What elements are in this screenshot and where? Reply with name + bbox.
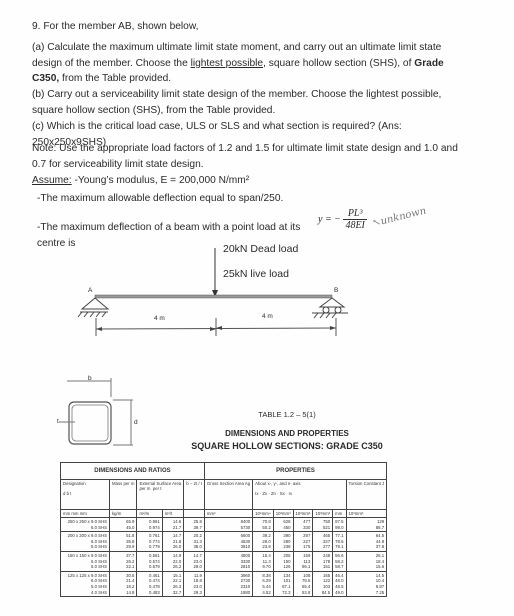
formula-fraction: PL³ 48EI xyxy=(343,208,366,231)
question-number: 9. For the member AB, shown below, xyxy=(32,19,472,35)
cell-designation: 250 x 250 x 9.0 SHS 6.0 SHS xyxy=(61,518,110,532)
assume-1: Assume: -Young’s modulus, E = 200,000 N/… xyxy=(32,173,472,189)
cell-ratio: 20.2 31.3 38.0 xyxy=(184,532,205,552)
hdr-ratio: b − 2t / t xyxy=(184,480,205,510)
formula-lhs: y = − xyxy=(318,214,341,225)
roller-support-icon xyxy=(320,298,344,307)
cell-zn: 159 113 96.1 xyxy=(293,551,313,571)
table-row: 125 x 125 x 9.0 SHS 6.0 SHS 5.0 SHS 4.0 … xyxy=(61,571,387,596)
table-caption: TABLE 1.2 – 5(1) xyxy=(30,410,514,419)
dead-load-label: 20kN Dead load xyxy=(223,243,298,255)
cell-per_m: 0.761 0.774 0.779 xyxy=(137,532,162,552)
cell-rx: 46.4 48.0 48.5 49.0 xyxy=(333,571,346,596)
cell-per_t: 14.7 21.8 26.0 xyxy=(162,532,184,552)
youngs-modulus: -Young’s modulus, E = 200,000 N/mm² xyxy=(72,175,250,186)
units-row: mm mm mmkg/mm²/mm²/tmm²10⁶mm⁴10³mm³10³mm… xyxy=(61,510,387,518)
cell-zn: 477 330 xyxy=(293,518,313,532)
cell-per_t: 14.9 22.0 26.2 xyxy=(162,551,184,571)
cell-mass: 30.6 21.4 18.2 14.8 xyxy=(110,571,137,596)
pin-support-icon xyxy=(82,298,108,309)
beam-diagram xyxy=(0,240,514,340)
cell-sx: 248 178 151 xyxy=(313,551,333,571)
cell-zn: 108 78.5 65.4 53.8 xyxy=(293,571,313,596)
cell-ix: 39.2 28.0 23.8 xyxy=(253,532,274,552)
assume-2: -The maximum allowable deflection equal … xyxy=(37,191,477,207)
support-a-label: A xyxy=(88,287,92,294)
cell-per_t: 14.6 21.7 xyxy=(162,518,184,532)
cell-j: 14.5 10.4 8.87 7.25 xyxy=(346,571,387,596)
cell-ix: 70.8 50.2 xyxy=(253,518,274,532)
cell-designation: 150 x 150 x 9.0 SHS 6.0 SHS 5.0 SHS xyxy=(61,551,110,571)
cell-zx: 628 450 xyxy=(273,518,293,532)
cell-ratio: 11.9 18.8 23.0 29.3 xyxy=(184,571,205,596)
cell-per_m: 0.461 0.474 0.478 0.483 xyxy=(137,571,162,596)
cell-mass: 51.8 35.8 29.9 xyxy=(110,532,137,552)
cell-area: 8400 5730 xyxy=(204,518,252,532)
handwritten-unknown-note: ↖unknown xyxy=(371,206,427,230)
group-properties: PROPERTIES xyxy=(204,463,386,480)
hdr-torsion: Torsion Constant J xyxy=(346,480,387,510)
table-row: 250 x 250 x 9.0 SHS 6.0 SHS65.9 45.00.96… xyxy=(61,518,387,532)
cell-ix: 15.4 11.3 9.70 xyxy=(253,551,274,571)
hdr-designation: Designationd b t xyxy=(61,480,110,510)
deflection-formula: y = − PL³ 48EI xyxy=(318,208,367,231)
part-a-mid: , square hollow section (SHS), of xyxy=(263,58,414,69)
cell-ratio: 14.7 23.0 28.0 xyxy=(184,551,205,571)
cell-designation: 200 x 200 x 9.0 SHS 6.0 SHS 5.0 SHS xyxy=(61,532,110,552)
table-row: 200 x 200 x 9.0 SHS 6.0 SHS 5.0 SHS51.8 … xyxy=(61,532,387,552)
dim-t-label: t xyxy=(57,418,59,425)
cell-area: 3960 2730 2310 1880 xyxy=(204,571,252,596)
formula-numerator: PL³ xyxy=(343,208,366,220)
shs-properties-table: DIMENSIONS AND RATIOS PROPERTIES Designa… xyxy=(60,462,387,597)
cell-j: 26.1 18.4 15.6 xyxy=(346,551,387,571)
live-load-label: 25kN live load xyxy=(223,268,289,280)
lightest-possible-underlined: lightest possible xyxy=(191,58,264,69)
cell-sx: 750 521 xyxy=(313,518,333,532)
cell-per_m: 0.961 0.974 xyxy=(137,518,162,532)
cell-j: 64.5 44.8 37.8 xyxy=(346,532,387,552)
cell-j: 129 88.7 xyxy=(346,518,387,532)
cell-mass: 37.7 26.2 22.1 xyxy=(110,551,137,571)
hdr-surface: External Surface Areaper m per t xyxy=(137,480,184,510)
group-dimensions: DIMENSIONS AND RATIOS xyxy=(61,463,205,480)
cell-sx: 165 122 103 84.5 xyxy=(313,571,333,596)
support-b-label: B xyxy=(334,287,338,294)
part-a: (a) Calculate the maximum ultimate limit… xyxy=(32,40,472,87)
note: Note: Use the appropriate load factors o… xyxy=(32,141,472,172)
part-b: (b) Carry out a serviceability limit sta… xyxy=(32,87,472,118)
table-title: DIMENSIONS AND PROPERTIES xyxy=(30,429,514,438)
formula-denominator: 48EI xyxy=(343,220,366,231)
handwritten-text: unknown xyxy=(380,206,428,228)
cell-zn: 297 227 175 xyxy=(293,532,313,552)
table-row: 150 x 150 x 9.0 SHS 6.0 SHS 5.0 SHS37.7 … xyxy=(61,551,387,571)
span-left-label: 4 m xyxy=(154,315,165,322)
cell-rx: 56.6 58.2 58.7 xyxy=(333,551,346,571)
cell-ratio: 25.8 39.7 xyxy=(184,518,205,532)
beam-member xyxy=(95,295,332,298)
part-a-post: from the Table provided. xyxy=(59,73,171,84)
cell-per_t: 15.1 22.1 26.3 32.7 xyxy=(162,571,184,596)
cell-area: 6600 4530 3810 xyxy=(204,532,252,552)
dim-b-label: b xyxy=(88,375,92,382)
hdr-area: Gross Section Area Ag xyxy=(204,480,252,510)
cell-sx: 465 327 277 xyxy=(313,532,333,552)
cell-rx: 77.1 78.6 79.1 xyxy=(333,532,346,552)
cell-mass: 65.9 45.0 xyxy=(110,518,137,532)
hdr-mass: Mass per m xyxy=(110,480,137,510)
cell-zx: 134 101 87.1 72.3 xyxy=(273,571,293,596)
dimension-line xyxy=(96,328,336,329)
cell-zx: 205 150 126 xyxy=(273,551,293,571)
cell-per_m: 0.561 0.574 0.579 xyxy=(137,551,162,571)
cell-area: 4800 3330 2810 xyxy=(204,551,252,571)
dim-d-label: d xyxy=(134,419,138,426)
cell-zx: 390 280 238 xyxy=(273,532,293,552)
table-subtitle: SQUARE HOLLOW SECTIONS: GRADE C350 xyxy=(30,441,514,451)
cell-ix: 8.38 6.29 5.44 4.52 xyxy=(253,571,274,596)
assume-label: Assume: xyxy=(32,175,72,186)
span-right-label: 4 m xyxy=(262,313,273,320)
cell-designation: 125 x 125 x 9.0 SHS 6.0 SHS 5.0 SHS 4.0 … xyxy=(61,571,110,596)
cell-rx: 87.5 99.0 xyxy=(333,518,346,532)
hdr-about-axis: About x-, y-, and n- axisIx · Zx · Zn · … xyxy=(253,480,346,510)
